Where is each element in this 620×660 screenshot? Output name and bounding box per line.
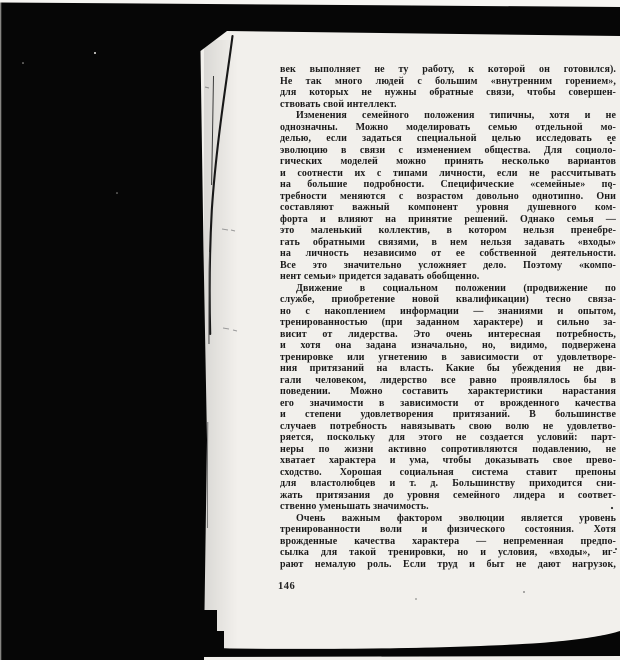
paragraph: Изменения семейного положения типичны, х… [280, 110, 616, 283]
text-line: составляют важный компонент уровня душев… [280, 202, 616, 214]
text-line: требности меняются с возрастом довольно … [280, 191, 616, 203]
text-line: и соотнести их с типами личности, если н… [280, 168, 616, 180]
text-line: сылка для такой тренировки, но и условия… [280, 547, 616, 559]
text-line: ния притязаний на власть. Какие бы убежд… [280, 363, 616, 375]
text-line: Изменения семейного положения типичны, х… [280, 110, 616, 122]
text-line: на большие подробности. Специфические «с… [280, 179, 616, 191]
text-line: рают немалую роль. Если труд и быт не да… [280, 559, 616, 571]
ink-speck [523, 591, 525, 593]
text-line: случаев потребность навязывать свою волю… [280, 421, 616, 433]
paragraph: век выполняет не ту работу, к которой он… [280, 64, 616, 110]
dust-speck [22, 62, 24, 64]
bottom-step-1 [196, 610, 217, 633]
fold-shadow [204, 40, 238, 650]
text-line: висит от лидерства. Это очень интересная… [280, 329, 616, 341]
book-page-scan: век выполняет не ту работу, к которой он… [0, 0, 620, 660]
text-line: для которых не нужны обратные связи, что… [280, 87, 616, 99]
page-text-block: век выполняет не ту работу, к которой он… [280, 64, 616, 570]
text-line: век выполняет не ту работу, к которой он… [280, 64, 616, 76]
text-line: тренированности воли и физического состо… [280, 524, 616, 536]
text-line: гали человеком, лидерство все равно проя… [280, 375, 616, 387]
text-line: Не так много людей с большим «внутренним… [280, 76, 616, 88]
text-line: для властолюбцев и т. д. Большинству при… [280, 478, 616, 490]
ink-speck [415, 598, 417, 600]
text-line: тренированностью (при заданном характере… [280, 317, 616, 329]
page-number: 146 [278, 581, 295, 592]
text-line: поведении. Можно составить характеристик… [280, 386, 616, 398]
text-line: ряется, поскольку для этого не создается… [280, 432, 616, 444]
text-line: гических моделей можно принять несколько… [280, 156, 616, 168]
text-line: тренировке или угнетению в зависимости о… [280, 352, 616, 364]
paragraph: Движение в социальном положении (продвиж… [280, 283, 616, 513]
text-line: службе, приобретение новой квалификации)… [280, 294, 616, 306]
text-line: Очень важным фактором эволюции является … [280, 513, 616, 525]
text-line: Все это значительно усложняет дело. Поэт… [280, 260, 616, 272]
text-line: однозначны. Можно моделировать семью отд… [280, 122, 616, 134]
text-line: и степени удовлетворения притязаний. В б… [280, 409, 616, 421]
text-line: на личность независимо от ее собственной… [280, 248, 616, 260]
text-line: форта и влияют на принятие решений. Одна… [280, 214, 616, 226]
scanner-left-edge [0, 2, 1, 660]
dust-speck [94, 52, 96, 54]
text-line: жать притязания до уровня семейного лиде… [280, 490, 616, 502]
text-line: нент семьи» придется задавать обобщенно. [280, 271, 616, 283]
text-line: это маленький коллектив, в котором нельз… [280, 225, 616, 237]
paragraph: Очень важным фактором эволюции является … [280, 513, 616, 571]
text-line: но с накоплением информации — знаниями и… [280, 306, 616, 318]
text-line: ственно уменьшать значимость. [280, 501, 616, 513]
under-page-edge-2 [209, 252, 210, 344]
dust-speck [116, 192, 118, 194]
text-line: Движение в социальном положении (продвиж… [280, 283, 616, 295]
text-line: его значимости в зависимости от врожденн… [280, 398, 616, 410]
text-line: и хотя она задана изначально, но, видимо… [280, 340, 616, 352]
text-line: сходство. Хорошая социальная система ста… [280, 467, 616, 479]
text-line: делью, если задаться специальной целью и… [280, 133, 616, 145]
text-line: хватает характера и ума, чтобы доказыват… [280, 455, 616, 467]
text-line: ствовать свой интеллект. [280, 99, 616, 111]
bottom-step-2 [196, 631, 224, 649]
text-line: неры по жизни активно сопротивляются под… [280, 444, 616, 456]
text-line: врожденные качества характера — непремен… [280, 536, 616, 548]
text-line: эволюцию в связи с изменением общества. … [280, 145, 616, 157]
text-line: гать обратными связями, в нем нельзя зад… [280, 237, 616, 249]
